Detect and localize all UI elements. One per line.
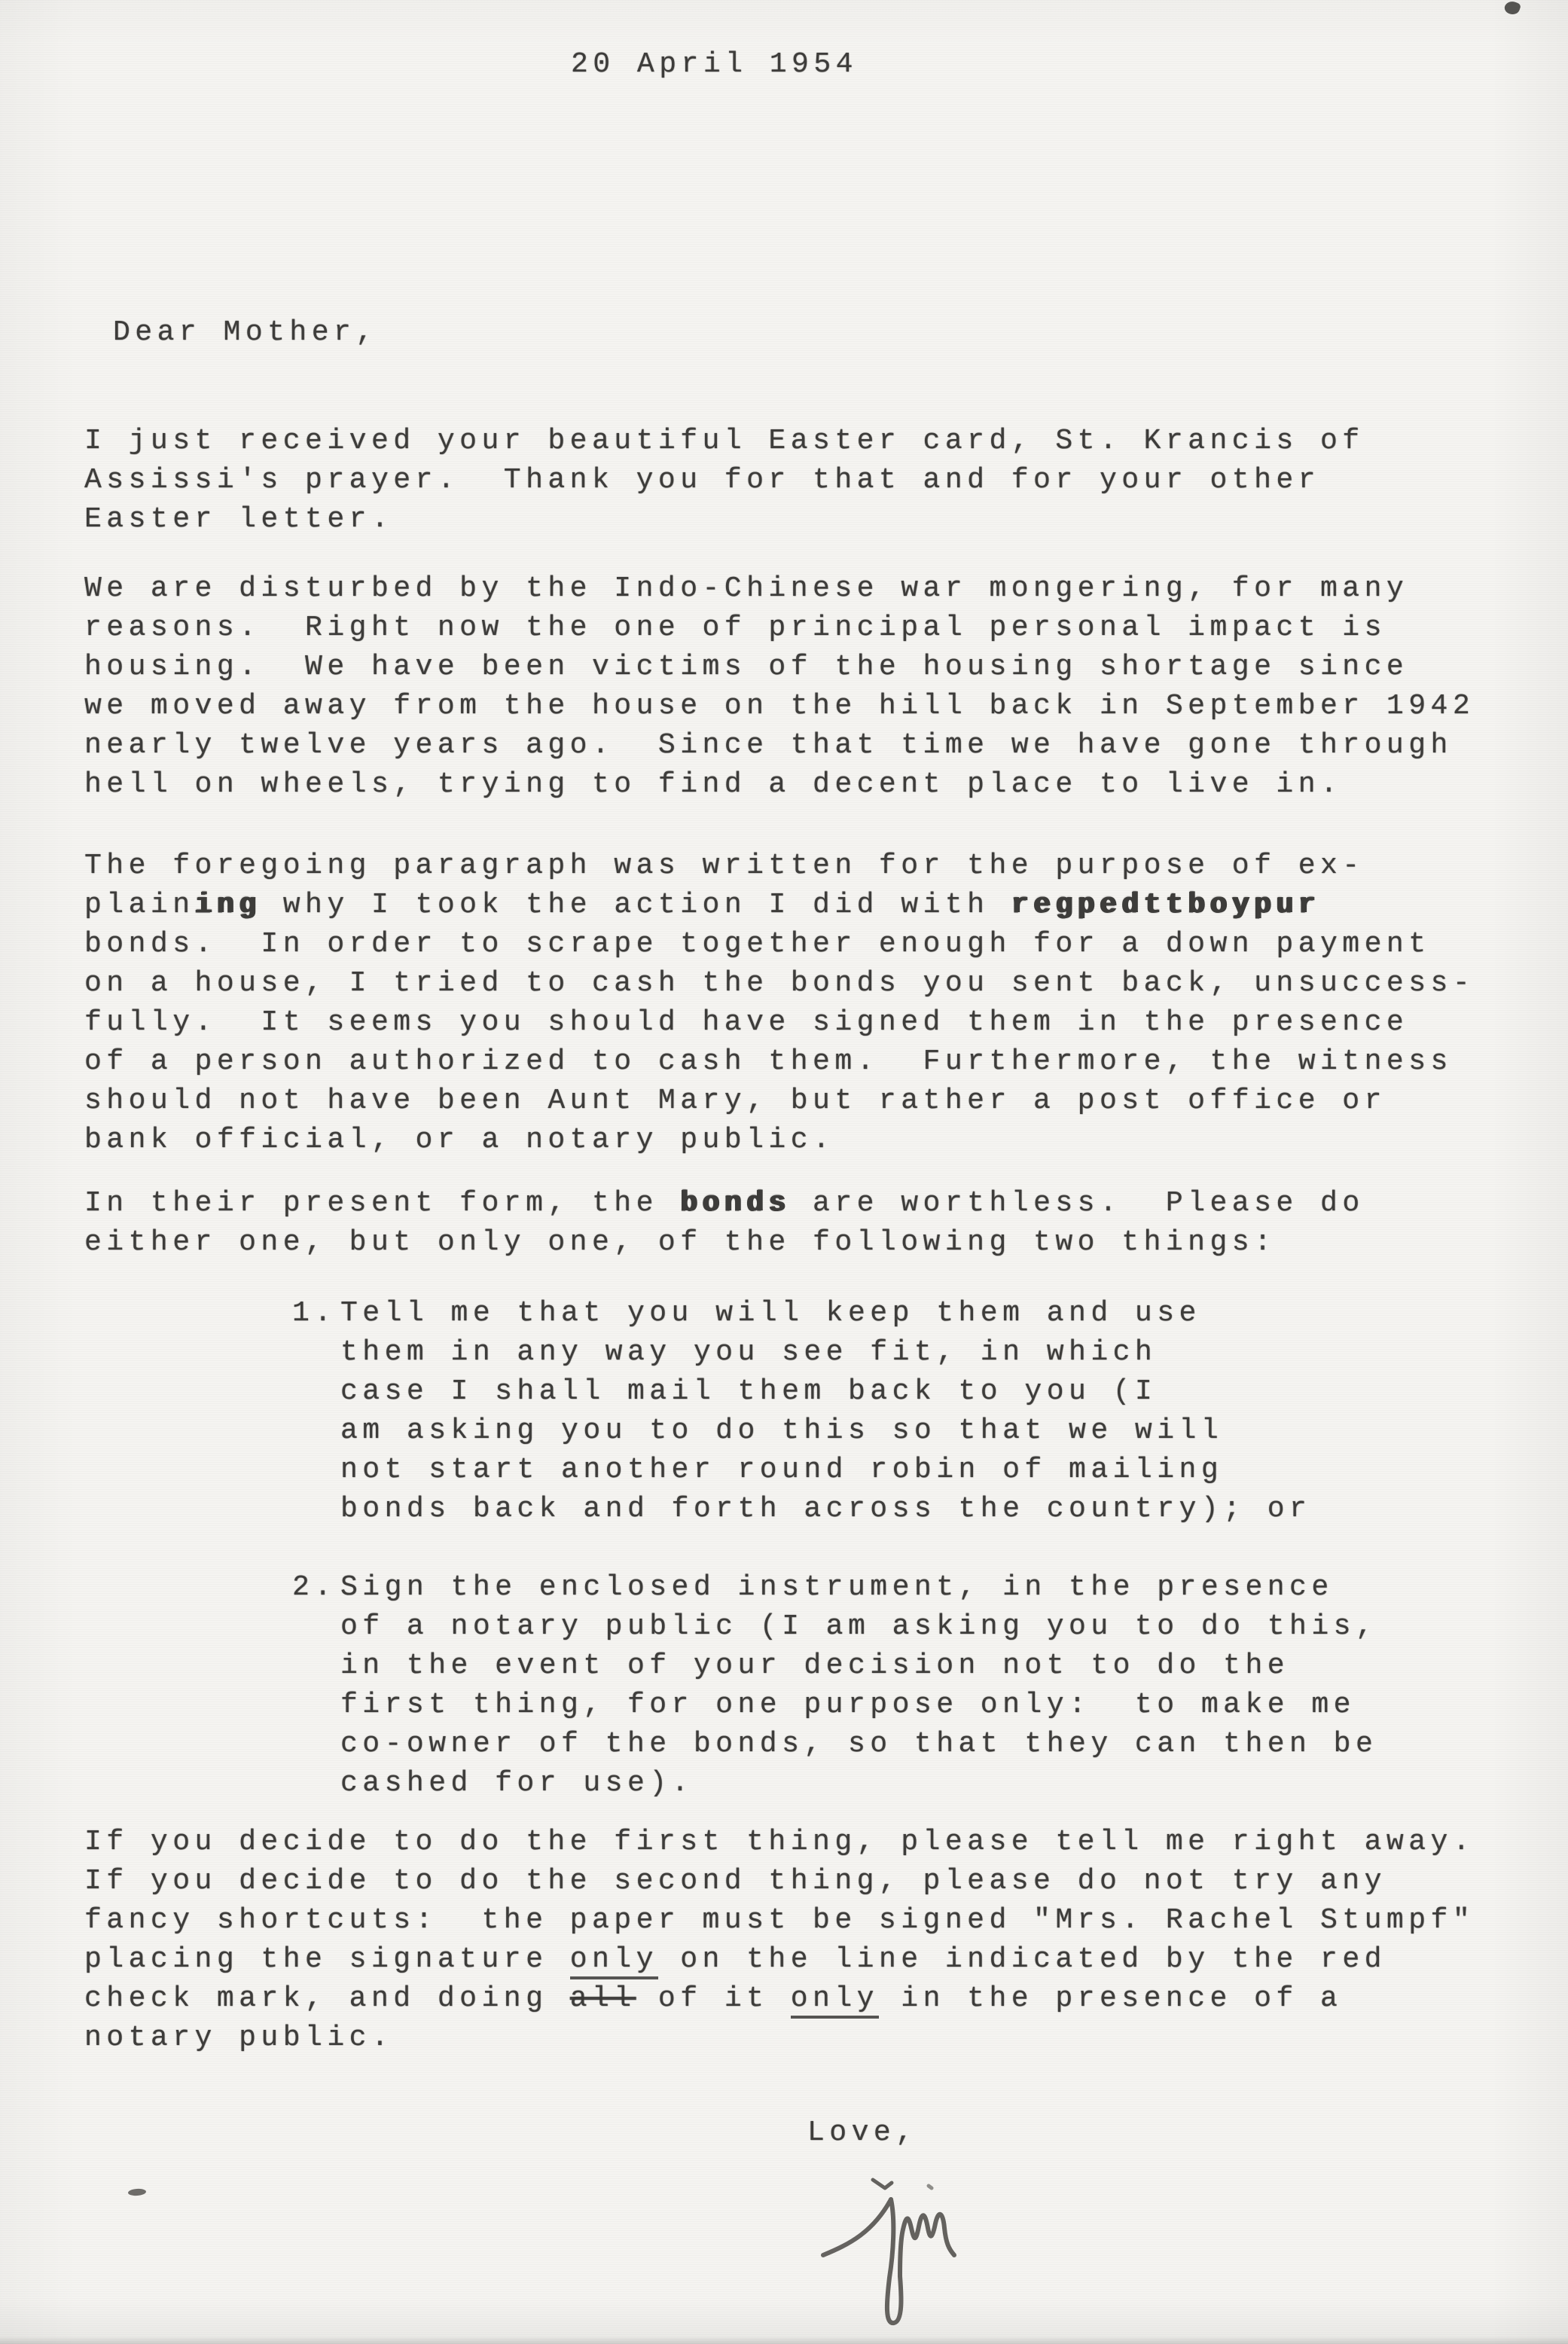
paragraph-1: I just received your beautiful Easter ca… (84, 422, 1365, 539)
text-line: first thing, for one purpose only: to ma… (340, 1686, 1377, 1725)
paragraph-3: The foregoing paragraph was written for … (84, 847, 1475, 1160)
text-line: nearly twelve years ago. Since that time… (84, 726, 1475, 765)
text-line: If you decide to do the second thing, pl… (84, 1862, 1475, 1901)
ink-blot (1503, 0, 1521, 17)
text-line: we moved away from the house on the hill… (84, 687, 1475, 726)
text-line: co-owner of the bonds, so that they can … (340, 1725, 1377, 1764)
list-item-2-text: Sign the enclosed instrument, in the pre… (340, 1568, 1377, 1803)
text-line: on a house, I tried to cash the bonds yo… (84, 964, 1475, 1003)
text-line: placing the signature only on the line i… (84, 1940, 1475, 1979)
text-line: hell on wheels, trying to find a decent … (84, 765, 1475, 804)
text-line: check mark, and doing all of it only in … (84, 1979, 1475, 2019)
text-line: of a person authorized to cash them. Fur… (84, 1042, 1475, 1082)
text-line: Easter letter. (84, 500, 1365, 539)
text-line: not start another round robin of mailing (340, 1451, 1311, 1490)
paragraph-2: We are disturbed by the Indo-Chinese war… (84, 569, 1475, 804)
text-line: am asking you to do this so that we will (340, 1412, 1311, 1451)
paragraph-5: If you decide to do the first thing, ple… (84, 1823, 1475, 2058)
text-line: Tell me that you will keep them and use (340, 1294, 1311, 1333)
text-line: Sign the enclosed instrument, in the pre… (340, 1568, 1377, 1607)
signature-jim (817, 2163, 998, 2336)
text-line: The foregoing paragraph was written for … (84, 847, 1475, 886)
date: 20 April 1954 (571, 45, 858, 84)
text-line: plaining why I took the action I did wit… (84, 886, 1475, 925)
text-line: reasons. Right now the one of principal … (84, 609, 1475, 648)
text-line: them in any way you see fit, in which (340, 1333, 1311, 1372)
text-line: fully. It seems you should have signed t… (84, 1003, 1475, 1042)
text-line: should not have been Aunt Mary, but rath… (84, 1082, 1475, 1121)
list-item-2-number: 2. (292, 1568, 337, 1607)
text-line: We are disturbed by the Indo-Chinese war… (84, 569, 1475, 609)
text-line: case I shall mail them back to you (I (340, 1372, 1311, 1412)
text-line: housing. We have been victims of the hou… (84, 648, 1475, 687)
list-item-1-number: 1. (292, 1294, 337, 1333)
text-line: notary public. (84, 2019, 1475, 2058)
text-line: If you decide to do the first thing, ple… (84, 1823, 1475, 1862)
text-line: bonds. In order to scrape together enoug… (84, 925, 1475, 964)
scan-edge-shadow (0, 2336, 1568, 2344)
text-line: bank official, or a notary public. (84, 1121, 1475, 1160)
text-line: Assissi's prayer. Thank you for that and… (84, 461, 1365, 500)
salutation: Dear Mother, (113, 313, 378, 353)
text-line: fancy shortcuts: the paper must be signe… (84, 1901, 1475, 1940)
text-line: of a notary public (I am asking you to d… (340, 1607, 1377, 1647)
text-line: either one, but only one, of the followi… (84, 1223, 1365, 1262)
text-line: In their present form, the bonds are wor… (84, 1184, 1365, 1223)
list-item-1-text: Tell me that you will keep them and uset… (340, 1294, 1311, 1529)
letter-page: { "letter": { "date": "20 April 1954", "… (0, 0, 1568, 2344)
pencil-dash (128, 2188, 147, 2196)
text-line: I just received your beautiful Easter ca… (84, 422, 1365, 461)
text-line: bonds back and forth across the country)… (340, 1490, 1311, 1529)
paragraph-4: In their present form, the bonds are wor… (84, 1184, 1365, 1262)
text-line: in the event of your decision not to do … (340, 1647, 1377, 1686)
text-line: cashed for use). (340, 1764, 1377, 1803)
complimentary-close: Love, (807, 2114, 918, 2153)
